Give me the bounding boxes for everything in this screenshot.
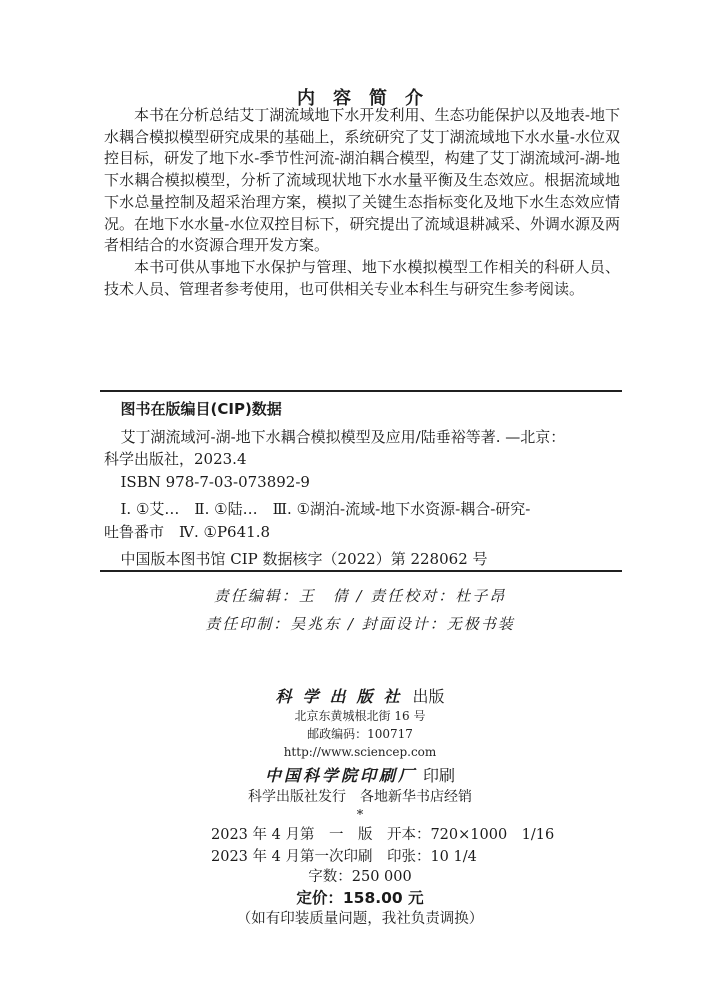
section-divider-star: *: [0, 808, 720, 824]
intro-block: 本书在分析总结艾丁湖流域地下水开发利用、生态功能保护以及地表-地下水耦合模拟模型…: [104, 105, 620, 300]
cip-book-title-line-2: 科学出版社，2023.4: [104, 448, 626, 471]
intro-paragraph-2: 本书可供从事地下水保护与管理、地下水模拟模型工作相关的科研人员、技术人员、管理者…: [104, 257, 620, 300]
divider-top-rule: [100, 390, 622, 392]
cip-heading: 图书在版编目(CIP)数据: [104, 398, 626, 421]
staff-printing-design-line: 责任印制：吴兆东 / 封面设计：无极书装: [0, 610, 720, 638]
printing-left-column: 2023 年 4 月第 一 版 开本：720×1000 1/16 2023 年 …: [211, 824, 509, 868]
staff-credits: 责任编辑：王 倩 / 责任校对：杜子昂 责任印制：吴兆东 / 封面设计：无极书装: [0, 582, 720, 638]
intro-paragraph-1: 本书在分析总结艾丁湖流域地下水开发利用、生态功能保护以及地表-地下水耦合模拟模型…: [104, 105, 620, 257]
distribution-line: 科学出版社发行 各地新华书店经销: [0, 786, 720, 808]
cip-classification-line-2: 吐鲁番市 Ⅳ. ①P641.8: [104, 521, 626, 544]
publisher-address: 北京东黄城根北街 16 号: [0, 707, 720, 725]
printer-logo: 中国科学院印刷厂: [265, 766, 417, 785]
printer-suffix: 印刷: [423, 766, 455, 785]
quality-note-line: （如有印装质量问题，我社负责调换）: [0, 909, 720, 930]
printing-info: 2023 年 4 月第 一 版 开本：720×1000 1/16 2023 年 …: [0, 824, 720, 930]
divider-bottom-rule: [100, 570, 622, 572]
publisher-website: http://www.sciencep.com: [0, 743, 720, 761]
price-line: 定价：158.00 元: [0, 887, 720, 909]
publisher-postcode: 邮政编码：100717: [0, 725, 720, 743]
edition-line: 2023 年 4 月第 一 版 开本：720×1000 1/16: [211, 824, 509, 846]
book-copyright-page: 内 容 简 介 本书在分析总结艾丁湖流域地下水开发利用、生态功能保护以及地表-地…: [0, 0, 720, 1000]
press-suffix: 出版: [413, 687, 445, 706]
cip-classification-line-1: Ⅰ. ①艾… Ⅱ. ①陆… Ⅲ. ①湖泊-流域-地下水资源-耦合-研究-: [104, 498, 626, 521]
word-count-line: 字数：250 000: [0, 868, 720, 887]
press-line: 科学出版社出版: [0, 686, 720, 707]
impression-line: 2023 年 4 月第一次印刷 印张：10 1/4: [211, 846, 509, 868]
staff-editors-line: 责任编辑：王 倩 / 责任校对：杜子昂: [0, 582, 720, 610]
isbn-line: ISBN 978-7-03-073892-9: [104, 471, 626, 494]
science-press-logo: 科学出版社: [275, 687, 410, 706]
publisher-imprint: 科学出版社出版 北京东黄城根北街 16 号 邮政编码：100717 http:/…: [0, 686, 720, 824]
cip-block: 图书在版编目(CIP)数据 艾丁湖流域河-湖-地下水耦合模拟模型及应用/陆垂裕等…: [104, 398, 626, 571]
cip-record-number: 中国版本图书馆 CIP 数据核字（2022）第 228062 号: [104, 548, 626, 571]
cip-book-title-line-1: 艾丁湖流域河-湖-地下水耦合模拟模型及应用/陆垂裕等著. —北京：: [104, 426, 626, 449]
printer-line: 中国科学院印刷厂印刷: [0, 765, 720, 786]
